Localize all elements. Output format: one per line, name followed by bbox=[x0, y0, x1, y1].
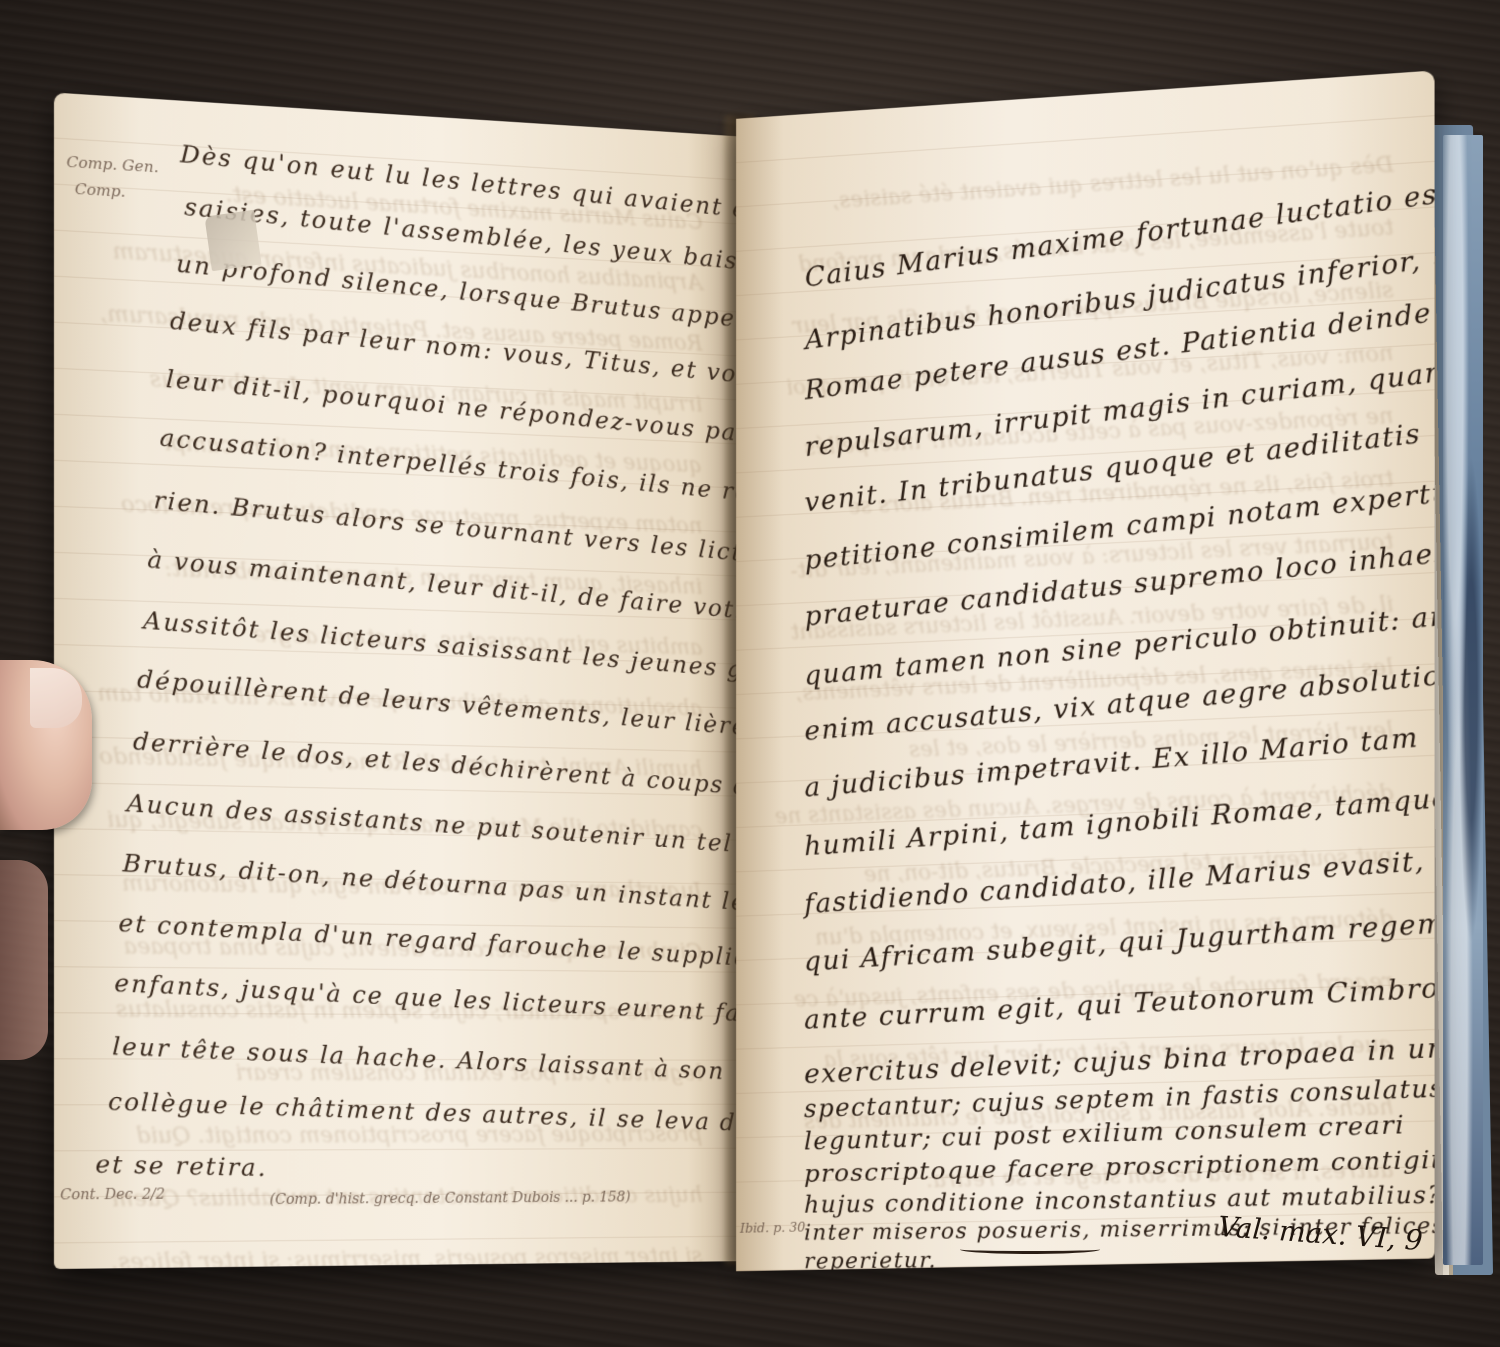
footer-reference: Cont. Dec. 2/2 bbox=[60, 1186, 165, 1203]
thumbnail bbox=[30, 668, 82, 728]
left-page: Caius Marius maxime fortunae luctatio es… bbox=[54, 92, 741, 1269]
margin-note: Ibid. p. 30 bbox=[740, 1221, 805, 1237]
footer-citation: (Comp. d'hist. grecq. de Constant Dubois… bbox=[270, 1190, 631, 1209]
dog-eared-corner bbox=[204, 210, 261, 271]
marbled-cover bbox=[1443, 135, 1483, 1265]
holding-fingers bbox=[0, 860, 48, 1060]
right-page: Dès qu'on eut lu les lettres qui avaient… bbox=[736, 70, 1434, 1271]
open-notebook: Caius Marius maxime fortunae luctatio es… bbox=[30, 95, 1470, 1275]
closing-flourish bbox=[960, 1245, 1100, 1254]
text-line: et se retira. bbox=[95, 1150, 268, 1182]
photo-scene: Caius Marius maxime fortunae luctatio es… bbox=[0, 0, 1500, 1347]
margin-note: Comp. bbox=[75, 180, 126, 201]
text-line: reperietur. bbox=[804, 1248, 937, 1271]
